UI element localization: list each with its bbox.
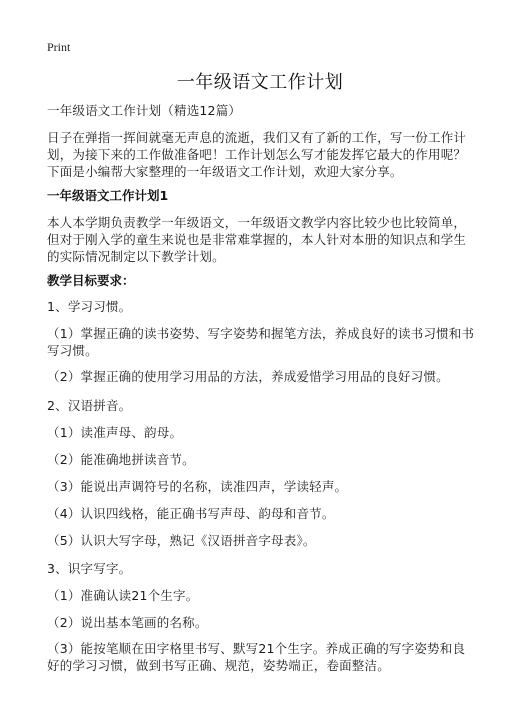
section-paragraph: 本人本学期负责教学一年级语文，一年级语文教学内容比较少也比较简单，但对于刚入学的… [47, 214, 477, 265]
goal-item: （4）认识四线格，能正确书写声母、韵母和音节。 [47, 505, 477, 522]
section-heading: 一年级语文工作计划1 [47, 187, 477, 204]
document-subtitle: 一年级语文工作计划（精选12篇） [47, 102, 477, 119]
goal-title: 3、识字写字。 [47, 560, 477, 577]
print-link[interactable]: Print [47, 40, 477, 55]
goal-title: 1、学习习惯。 [47, 298, 477, 315]
goal-item: （3）能按笔顺在田字格里书写、默写21个生字。养成正确的写字姿势和良好的学习习惯… [47, 640, 477, 674]
goal-item: （1）读准声母、韵母。 [47, 424, 477, 441]
document-page: Print 一年级语文工作计划 一年级语文工作计划（精选12篇） 日子在弹指一挥… [0, 0, 520, 718]
goal-item: （1）准确认读21个生字。 [47, 587, 477, 604]
goal-item: （3）能说出声调符号的名称，读准四声，学读轻声。 [47, 478, 477, 495]
goals-heading: 教学目标要求： [47, 272, 477, 289]
intro-paragraph: 日子在弹指一挥间就毫无声息的流逝，我们又有了新的工作，写一份工作计划，为接下来的… [47, 129, 477, 180]
goal-item: （2）掌握正确的使用学习用品的方法，养成爱惜学习用品的良好习惯。 [47, 368, 477, 385]
goal-title: 2、汉语拼音。 [47, 397, 477, 414]
goal-item: （2）能准确地拼读音节。 [47, 451, 477, 468]
page-title: 一年级语文工作计划 [0, 68, 520, 94]
goal-item: （2）说出基本笔画的名称。 [47, 614, 477, 631]
goal-item: （5）认识大写字母，熟记《汉语拼音字母表》。 [47, 532, 477, 549]
goal-item: （1）掌握正确的读书姿势、写字姿势和握笔方法，养成良好的读书习惯和书写习惯。 [47, 325, 477, 359]
